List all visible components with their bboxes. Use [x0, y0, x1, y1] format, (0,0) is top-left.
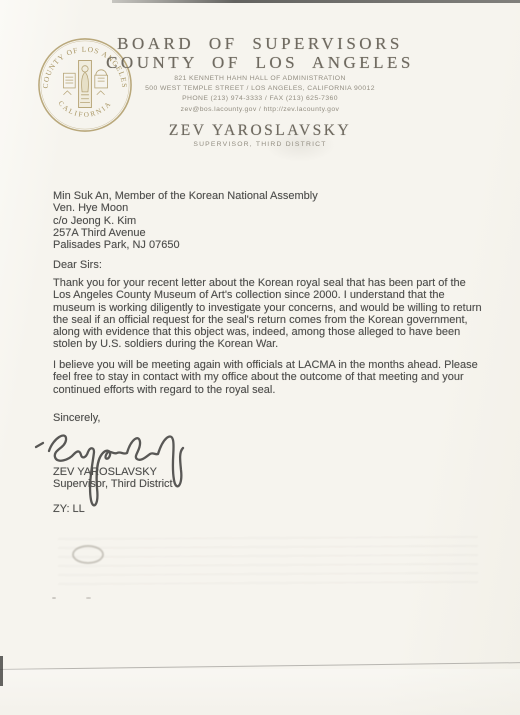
salutation: Dear Sirs:	[53, 259, 102, 271]
reference-initials: ZY: LL	[53, 503, 85, 515]
scanner-edge-artifact	[112, 0, 520, 3]
valediction: Sincerely,	[53, 412, 100, 424]
recipient-address-block: Min Suk An, Member of the Korean Nationa…	[53, 190, 318, 251]
letterhead-address-line1: 821 KENNETH HAHN HALL OF ADMINISTRATION	[0, 75, 520, 82]
scanner-edge-artifact-left	[0, 656, 3, 686]
body-paragraph-1: Thank you for your recent letter about t…	[53, 277, 493, 351]
letterhead: BOARD OF SUPERVISORS COUNTY OF LOS ANGEL…	[0, 34, 520, 148]
scan-smudge	[265, 128, 335, 162]
body-paragraph-2: I believe you will be meeting again with…	[53, 359, 493, 396]
typed-signer-name: ZEV YAROSLAVSKY	[53, 466, 157, 478]
typed-signer-title: Supervisor, Third District	[53, 478, 173, 490]
stain-ring-artifact	[72, 545, 104, 564]
org-name-line1: BOARD OF SUPERVISORS	[0, 34, 520, 53]
speck-artifact	[86, 597, 91, 599]
letterhead-email-web-line: zev@bos.lacounty.gov / http://zev.lacoun…	[0, 106, 520, 113]
bleed-through-text-artifact	[58, 536, 478, 588]
below-fold-shading	[0, 669, 520, 715]
official-name: ZEV YAROSLAVSKY	[0, 122, 520, 139]
letterhead-phone-fax-line: PHONE (213) 974-3333 / FAX (213) 625-736…	[0, 95, 520, 102]
org-name-line2: COUNTY OF LOS ANGELES	[0, 53, 520, 72]
scanned-letter-page: COUNTY OF LOS ANGELES CALIFORNIA BOARD O…	[0, 0, 520, 715]
official-title: SUPERVISOR, THIRD DISTRICT	[0, 141, 520, 148]
letterhead-address-line2: 500 WEST TEMPLE STREET / LOS ANGELES, CA…	[0, 85, 520, 92]
speck-artifact	[52, 597, 56, 599]
